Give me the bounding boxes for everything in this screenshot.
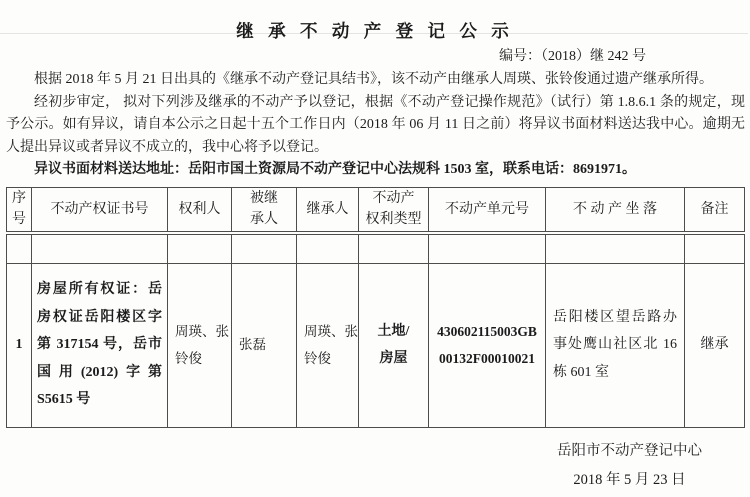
- empty-cell: [168, 233, 232, 264]
- page-title: 继 承 不 动 产 登 记 公 示: [0, 19, 750, 43]
- empty-row: [7, 233, 745, 264]
- header-location: 不 动 产 坐 落: [546, 187, 685, 233]
- property-registration-table: 序 号 不动产权证书号 权利人 被继 承人 继承人 不动产 权利类型 不动产单元…: [6, 187, 745, 428]
- header-certificate-no: 不动产权证书号: [32, 187, 168, 233]
- cell-decedent: 张磊: [232, 263, 297, 427]
- header-right-type: 不动产 权利类型: [359, 187, 429, 233]
- notice-document: 继 承 不 动 产 登 记 公 示 编号：（2018）继 242 号 根据 20…: [0, 19, 750, 428]
- header-right-holder: 权利人: [168, 187, 232, 233]
- cell-heir: 周瑛、张铃俊: [297, 263, 359, 427]
- cell-certificate-no: 房屋所有权证：岳房权证岳阳楼区字第 317154 号，岳市国用(2012)字第 …: [32, 263, 168, 427]
- cell-remark: 继承: [685, 263, 745, 427]
- cell-location: 岳阳楼区望岳路办事处鹰山社区北 16 栋 601 室: [546, 263, 685, 427]
- signature-org: 岳阳市不动产登记中心: [557, 442, 702, 460]
- header-heir: 继承人: [297, 187, 359, 233]
- cell-right-holder: 周瑛、张铃俊: [168, 263, 232, 427]
- doc-number: 编号：（2018）继 242 号: [0, 47, 750, 67]
- empty-cell: [429, 233, 546, 264]
- empty-cell: [32, 233, 168, 264]
- empty-cell: [685, 233, 745, 264]
- empty-cell: [297, 233, 359, 264]
- empty-cell: [546, 233, 685, 264]
- table-header-row: 序 号 不动产权证书号 权利人 被继 承人 继承人 不动产 权利类型 不动产单元…: [7, 187, 745, 233]
- header-unit-no: 不动产单元号: [429, 187, 546, 233]
- empty-cell: [7, 233, 32, 264]
- empty-cell: [359, 233, 429, 264]
- body-paragraphs: 根据 2018 年 5 月 21 日出具的《继承不动产登记具结书》，该不动产由继…: [6, 69, 745, 182]
- cell-right-type: 土地/ 房屋: [359, 263, 429, 427]
- cell-seq: 1: [7, 263, 32, 427]
- empty-cell: [232, 233, 297, 264]
- paragraph-basis: 根据 2018 年 5 月 21 日出具的《继承不动产登记具结书》，该不动产由继…: [6, 69, 745, 92]
- header-remark: 备注: [685, 187, 745, 233]
- paragraph-announcement: 经初步审定， 拟对下列涉及继承的不动产予以登记，根据《不动产登记操作规范》（试行…: [6, 92, 745, 160]
- cell-unit-no: 430602115003GB 00132F00010021: [429, 263, 546, 427]
- signature-date: 2018 年 5 月 23 日: [557, 471, 702, 489]
- signature-block: 岳阳市不动产登记中心 2018 年 5 月 23 日: [557, 442, 702, 489]
- header-seq: 序 号: [7, 187, 32, 233]
- table-row: 1 房屋所有权证：岳房权证岳阳楼区字第 317154 号，岳市国用(2012)字…: [7, 263, 745, 427]
- header-decedent: 被继 承人: [232, 187, 297, 233]
- paragraph-objection-address: 异议书面材料送达地址：岳阳市国土资源局不动产登记中心法规科 1503 室，联系电…: [6, 159, 745, 182]
